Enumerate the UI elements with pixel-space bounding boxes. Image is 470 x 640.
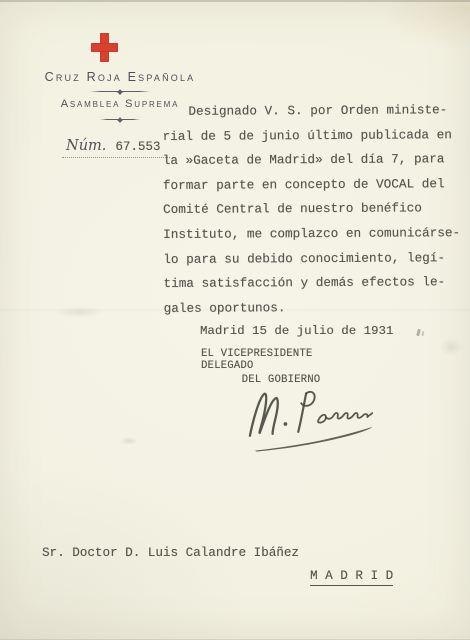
signature-handwriting: M. Pascua (243, 386, 391, 458)
ornament-rule (90, 91, 150, 92)
recipient-line: Sr. Doctor D. Luis Calandre Ibáñez (42, 546, 299, 560)
body-line: tima satisfacción y demás efectos le- (163, 270, 463, 296)
signature-strokes (243, 386, 391, 458)
ink-smudge (120, 437, 138, 445)
number-value: 67.553 (115, 140, 160, 154)
body-line: rial de 5 de junio último publicada en (162, 123, 462, 149)
scanned-letter-page: Cruz Roja Española Asamblea Suprema Núm.… (0, 0, 470, 640)
letter-body: Designado V. S. por Orden ministe- rial … (162, 98, 463, 321)
signer-title: EL VICEPRESIDENTE DELEGADO DEL GOBIERNO (201, 348, 361, 386)
red-cross-horizontal-bar (91, 43, 118, 52)
body-line: Designado V. S. por Orden ministe- (162, 98, 462, 124)
body-line: Instituto, me complazco en comunicárse- (163, 221, 463, 247)
scan-edge (0, 0, 470, 2)
red-cross-icon (91, 33, 118, 62)
body-line: lo para su debido conocimiento, legí- (163, 246, 463, 272)
stray-typewriter-mark (416, 329, 421, 337)
number-label: Núm. (66, 138, 106, 154)
city-line: M A D R I D (310, 569, 393, 586)
signer-title-line2: DEL GOBIERNO (201, 374, 361, 386)
body-line: la »Gaceta de Madrid» del día 7, para (163, 147, 463, 173)
ornament-rule (100, 119, 140, 120)
ink-smudge (440, 338, 462, 356)
document-number: Núm. 67.553 (62, 138, 170, 158)
body-line: Comité Central de nuestro benéfico (163, 196, 463, 222)
signer-title-line1: EL VICEPRESIDENTE DELEGADO (201, 348, 361, 372)
organization-name: Cruz Roja Española (30, 70, 210, 84)
date-line: Madrid 15 de julio de 1931 (200, 324, 393, 338)
ink-smudge (55, 306, 103, 318)
body-line: formar parte en concepto de VOCAL del (163, 172, 463, 198)
